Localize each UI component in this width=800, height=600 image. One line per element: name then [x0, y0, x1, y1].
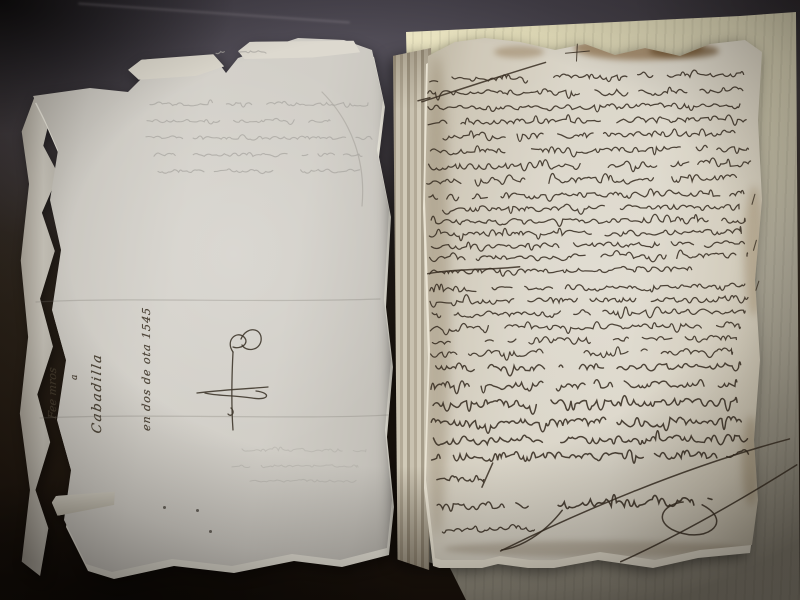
top-edge-stain: [494, 46, 544, 58]
photo-canvas: Fee mros a Cabadilla en dos de ota 1545: [0, 0, 800, 600]
ink-speck: [196, 509, 199, 512]
right-doc-page: [424, 36, 766, 560]
left-doc-vertical-note-2: a: [70, 375, 80, 380]
left-manuscript-document: Fee mros a Cabadilla en dos de ota 1545: [0, 0, 420, 600]
left-doc-date-note: en dos de ota 1545: [140, 306, 153, 432]
ink-speck: [163, 506, 166, 509]
right-edge-stain: [744, 186, 764, 316]
ink-speck: [209, 530, 212, 533]
left-doc-vertical-note-3: Cabadilla: [90, 352, 105, 435]
right-manuscript-booklet: [380, 0, 800, 600]
top-edge-stain: [649, 44, 719, 58]
right-edge-stain: [742, 416, 760, 506]
left-doc-vertical-note-1: Fee mros: [46, 366, 59, 419]
